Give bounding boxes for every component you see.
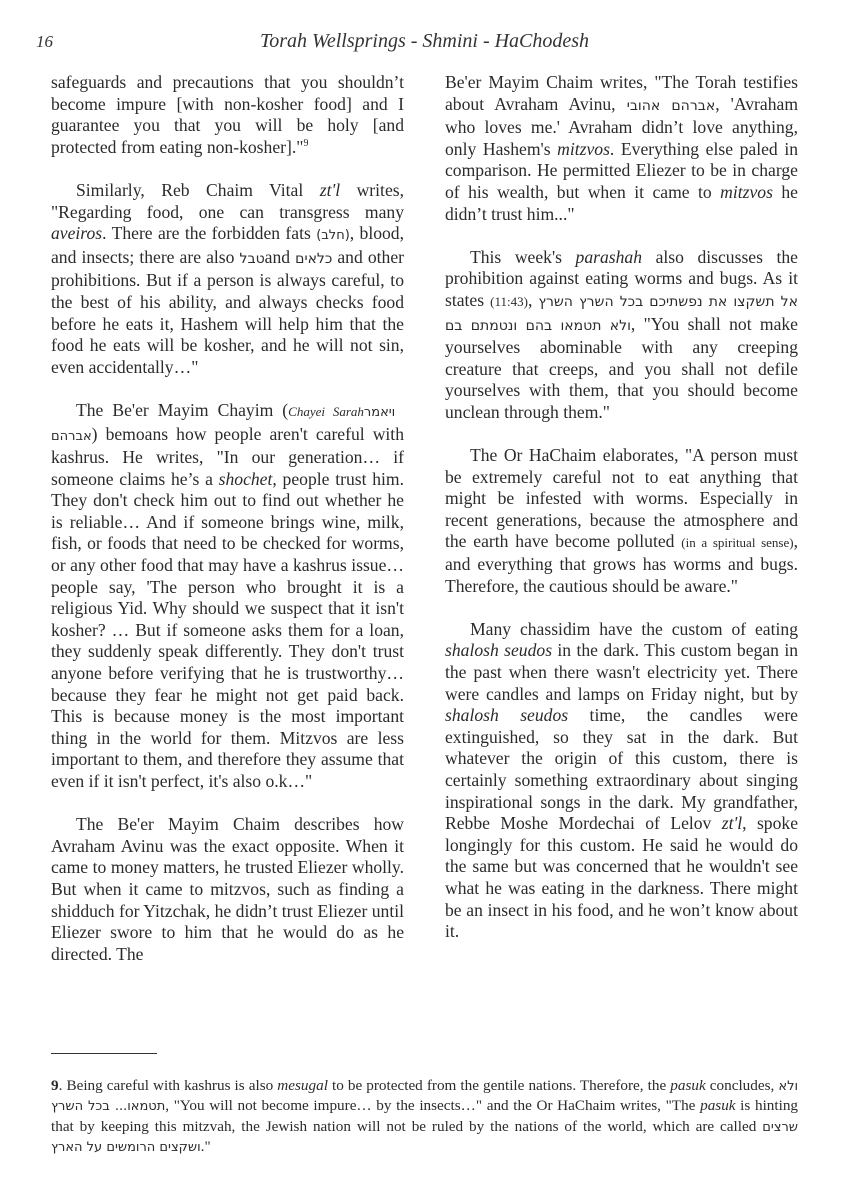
running-title: Torah Wellsprings - Shmini - HaChodesh: [0, 30, 849, 53]
page-header: 16 Torah Wellsprings - Shmini - HaChodes…: [0, 30, 849, 58]
paragraph-left-3: The Be'er Mayim Chayim (Chayei Sarah ויא…: [51, 400, 404, 793]
hebrew-text: (חלב): [316, 228, 350, 243]
footnote-divider: [51, 1053, 157, 1054]
footnote: 9. Being careful with kashrus is also me…: [51, 1076, 798, 1158]
right-column: Be'er Mayim Chaim writes, "The Torah tes…: [445, 72, 798, 964]
footnote-number: 9: [51, 1077, 59, 1094]
hebrew-text: אברהם אהובי: [627, 98, 716, 114]
paragraph-right-2: This week's parashah also discusses the …: [445, 247, 798, 424]
hebrew-text: טבל: [240, 251, 265, 267]
paragraph-left-1: safeguards and precautions that you shou…: [51, 72, 404, 158]
paragraph-left-2: Similarly, Reb Chaim Vital zt'l writes, …: [51, 180, 404, 378]
left-column: safeguards and precautions that you shou…: [51, 72, 404, 987]
paragraph-right-4: Many chassidim have the custom of eating…: [445, 619, 798, 943]
paragraph-left-4: The Be'er Mayim Chaim describes how Avra…: [51, 814, 404, 965]
paragraph-right-1: Be'er Mayim Chaim writes, "The Torah tes…: [445, 72, 798, 225]
footnote-ref[interactable]: 9: [303, 138, 308, 149]
hebrew-text: כלאים: [295, 251, 332, 267]
paragraph-right-3: The Or HaChaim elaborates, "A person mus…: [445, 445, 798, 597]
